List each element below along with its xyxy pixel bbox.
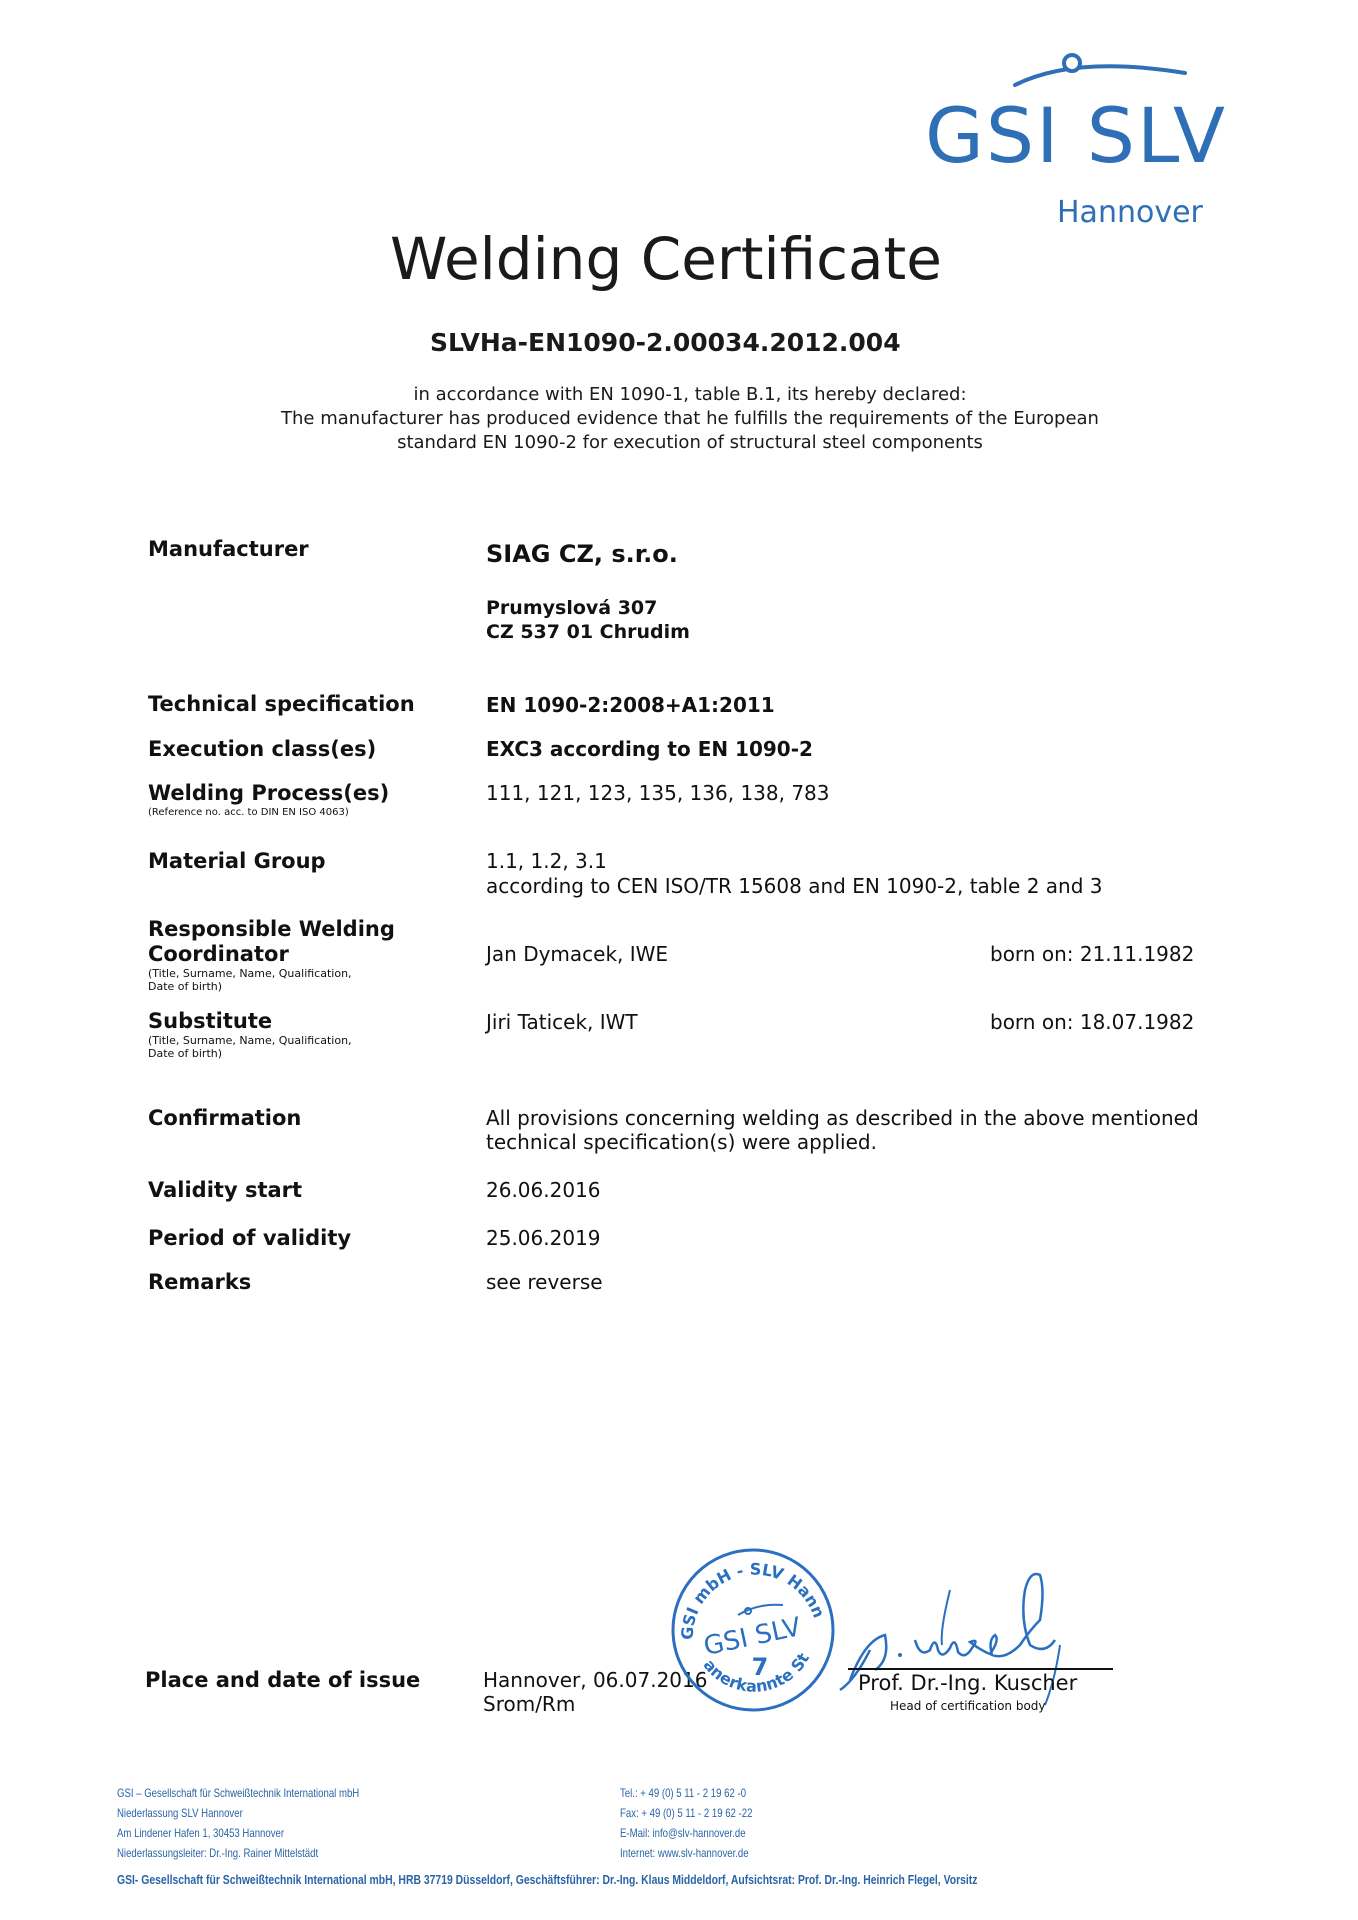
certificate-number: SLVHa-EN1090-2.00034.2012.004 xyxy=(0,328,1358,357)
substitute-label: Substitute (Title, Surname, Name, Qualif… xyxy=(148,1009,352,1060)
confirmation-value-line2: technical specification(s) were applied. xyxy=(486,1130,877,1155)
footer-branch: Niederlassung SLV Hannover xyxy=(117,1803,359,1823)
intro-statement: in accordance with EN 1090-1, table B.1,… xyxy=(0,383,1358,455)
remarks-label: Remarks xyxy=(148,1270,251,1295)
footer-address: GSI – Gesellschaft für Schweißtechnik In… xyxy=(117,1783,359,1863)
signer-role: Head of certification body xyxy=(890,1699,1046,1713)
manufacturer-label: Manufacturer xyxy=(148,537,309,562)
validity-start-label: Validity start xyxy=(148,1178,302,1203)
issue-reference: Srom/Rm xyxy=(483,1692,575,1717)
remarks-value: see reverse xyxy=(486,1270,603,1295)
substitute-label-title: Substitute xyxy=(148,1009,352,1034)
issue-label: Place and date of issue xyxy=(145,1668,420,1693)
confirmation-label: Confirmation xyxy=(148,1106,301,1131)
substitute-sublabel-line2: Date of birth) xyxy=(148,1047,352,1060)
period-of-validity-value: 25.06.2019 xyxy=(486,1226,601,1251)
footer-street: Am Lindener Hafen 1, 30453 Hannover xyxy=(117,1823,359,1843)
material-group-value-line2: according to CEN ISO/TR 15608 and EN 109… xyxy=(486,874,1103,899)
substitute-value: Jiri Taticek, IWT xyxy=(486,1010,638,1035)
official-stamp-icon: GSI mbH - SLV Hannover GSI SLV 7 anerkan… xyxy=(668,1545,838,1715)
gsi-slv-logo: GSI SLV Hannover xyxy=(915,45,1295,235)
footer-company: GSI – Gesellschaft für Schweißtechnik In… xyxy=(117,1783,359,1803)
coordinator-born: born on: 21.11.1982 xyxy=(990,942,1194,966)
intro-line: standard EN 1090-2 for execution of stru… xyxy=(0,431,1358,455)
manufacturer-address-line2: CZ 537 01 Chrudim xyxy=(486,620,690,645)
manufacturer-address-line1: Prumyslová 307 xyxy=(486,596,657,621)
material-group-label: Material Group xyxy=(148,849,326,874)
logo-brand: GSI SLV xyxy=(925,98,1227,174)
document-title: Welding Certificate xyxy=(0,225,1358,293)
coordinator-label: Responsible Welding Coordinator (Title, … xyxy=(148,917,395,993)
coordinator-label-line2: Coordinator xyxy=(148,942,395,967)
welding-processes-value: 111, 121, 123, 135, 136, 138, 783 xyxy=(486,781,830,806)
execution-class-label: Execution class(es) xyxy=(148,737,376,762)
signer-name: Prof. Dr.-Ing. Kuscher xyxy=(858,1671,1077,1695)
coordinator-label-line1: Responsible Welding xyxy=(148,917,395,942)
footer-fax: Fax: + 49 (0) 5 11 - 2 19 62 -22 xyxy=(620,1803,752,1823)
technical-specification-value: EN 1090-2:2008+A1:2011 xyxy=(486,693,775,718)
footer-email[interactable]: E-Mail: info@slv-hannover.de xyxy=(620,1823,752,1843)
substitute-sublabel-line1: (Title, Surname, Name, Qualification, xyxy=(148,1034,352,1047)
signature-line xyxy=(848,1668,1113,1670)
manufacturer-name: SIAG CZ, s.r.o. xyxy=(486,542,678,567)
footer-legal: GSI- Gesellschaft für Schweißtechnik Int… xyxy=(117,1870,977,1890)
intro-line: in accordance with EN 1090-1, table B.1,… xyxy=(0,383,1358,407)
material-group-value-line1: 1.1, 1.2, 3.1 xyxy=(486,849,607,874)
execution-class-value: EXC3 according to EN 1090-2 xyxy=(486,737,813,762)
coordinator-value: Jan Dymacek, IWE xyxy=(486,942,668,967)
footer-phone: Tel.: + 49 (0) 5 11 - 2 19 62 -0 xyxy=(620,1783,752,1803)
substitute-born: born on: 18.07.1982 xyxy=(990,1010,1194,1034)
intro-line: The manufacturer has produced evidence t… xyxy=(0,407,1358,431)
confirmation-value-line1: All provisions concerning welding as des… xyxy=(486,1106,1199,1131)
technical-specification-label: Technical specification xyxy=(148,692,415,717)
welding-processes-label: Welding Process(es) (Reference no. acc. … xyxy=(148,781,389,819)
footer-website[interactable]: Internet: www.slv-hannover.de xyxy=(620,1843,752,1863)
period-of-validity-label: Period of validity xyxy=(148,1226,351,1251)
welding-processes-sublabel: (Reference no. acc. to DIN EN ISO 4063) xyxy=(148,806,389,819)
footer-contact: Tel.: + 49 (0) 5 11 - 2 19 62 -0 Fax: + … xyxy=(620,1783,752,1863)
footer-branch-manager: Niederlassungsleiter: Dr.-Ing. Rainer Mi… xyxy=(117,1843,359,1863)
validity-start-value: 26.06.2016 xyxy=(486,1178,601,1203)
welding-processes-title: Welding Process(es) xyxy=(148,781,389,805)
coordinator-sublabel-line2: Date of birth) xyxy=(148,980,395,993)
coordinator-sublabel-line1: (Title, Surname, Name, Qualification, xyxy=(148,967,395,980)
